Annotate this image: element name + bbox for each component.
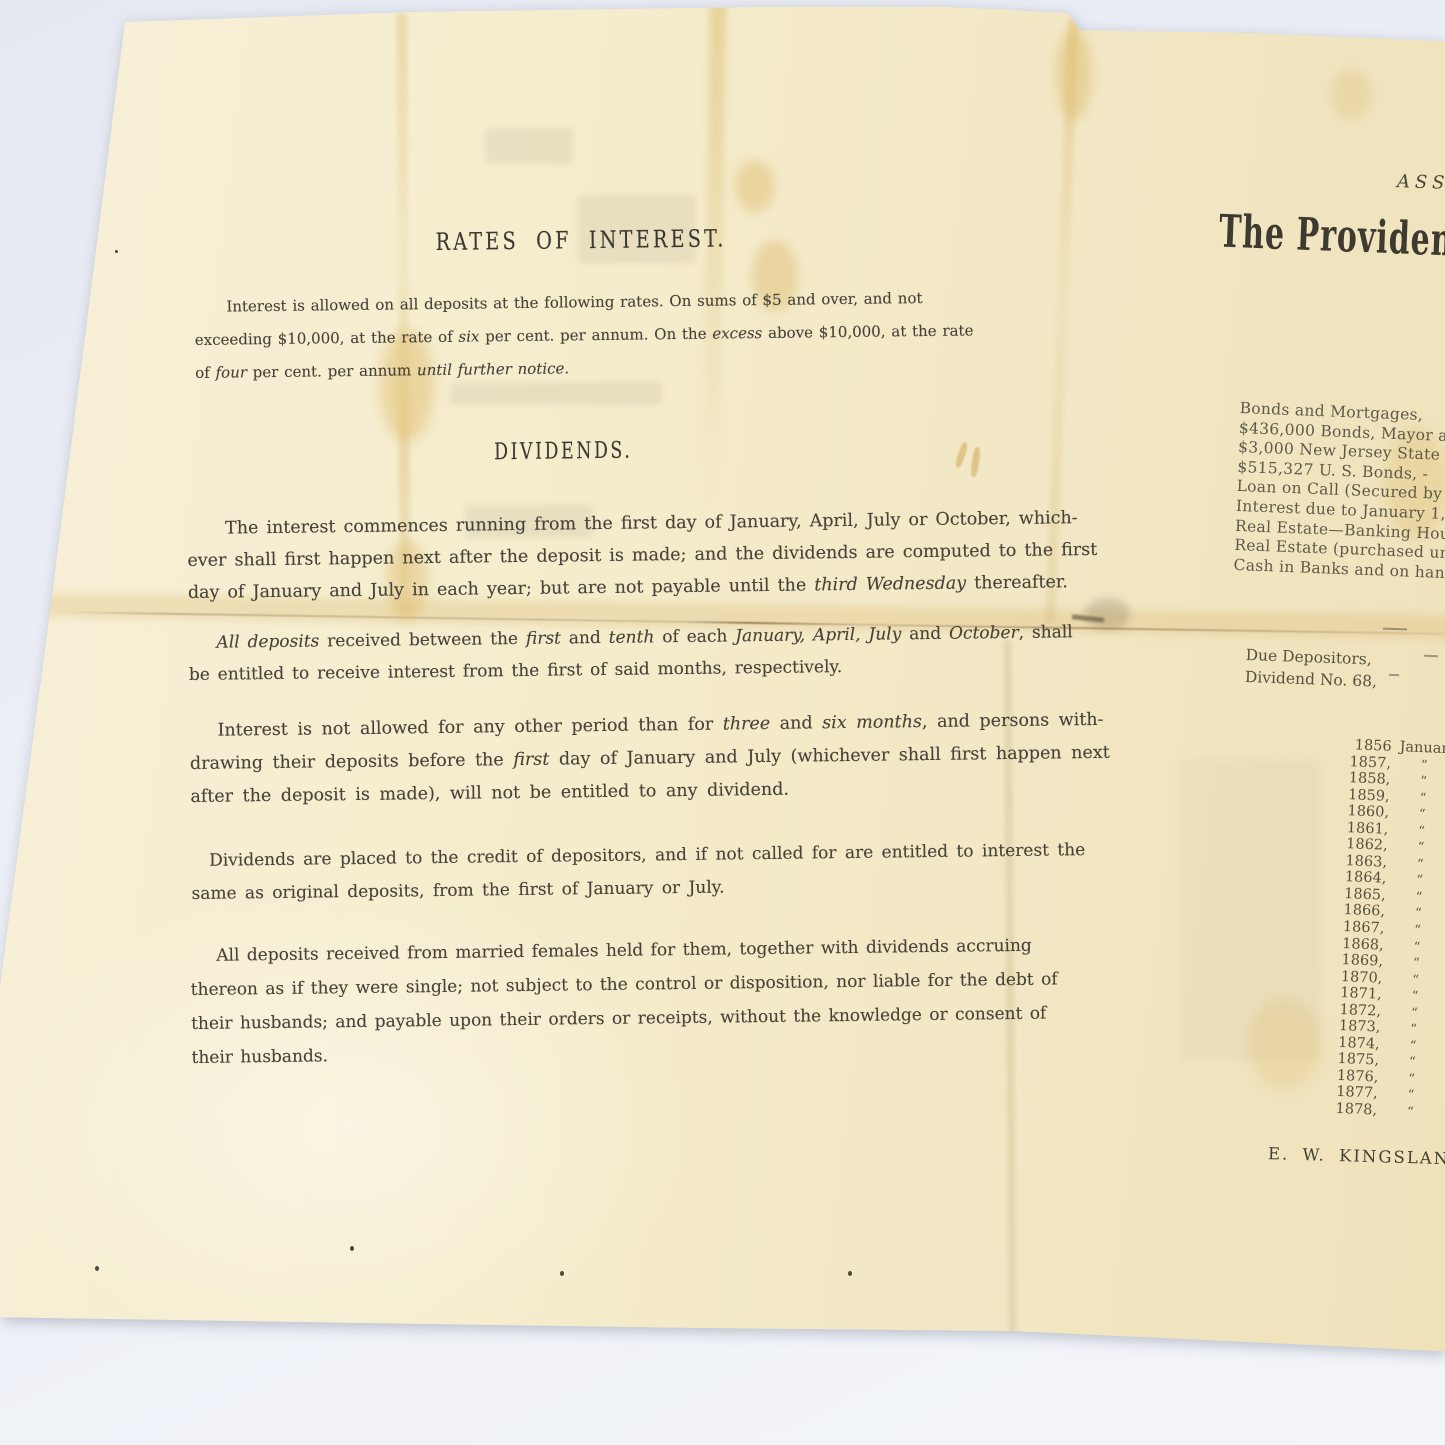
assets-list: Bonds and Mortgages,$436,000 Bonds, Mayo… xyxy=(1233,399,1445,585)
dividends-heading: DIVIDENDS. xyxy=(494,438,633,466)
ditto-mark: “ xyxy=(1414,923,1421,940)
ditto-mark: “ xyxy=(1417,840,1424,857)
year-label: 1862, xyxy=(1341,836,1388,854)
ditto-mark: “ xyxy=(1407,1105,1414,1122)
ditto-mark: “ xyxy=(1417,857,1424,874)
document-paper: RATES OF INTEREST. Interest is allowed o… xyxy=(0,0,1445,1445)
due-depositors-block: Due Depositors, Dividend No. 68, xyxy=(1244,645,1378,693)
ditto-mark: “ xyxy=(1409,1039,1416,1056)
dividends-paragraph-2: All deposits received between the first … xyxy=(188,616,1073,691)
year-label: 1867, xyxy=(1338,919,1385,937)
assets-heading-fragment: ASS xyxy=(1397,171,1445,194)
ditto-mark: “ xyxy=(1408,1072,1415,1089)
paper-shadow-wrap: RATES OF INTEREST. Interest is allowed o… xyxy=(0,0,1445,1445)
year-label: 1868, xyxy=(1337,935,1384,953)
ditto-mark: “ xyxy=(1412,973,1419,990)
ditto-mark: “ xyxy=(1410,1022,1417,1039)
dividends-paragraph-5: All deposits received from married femal… xyxy=(190,928,1059,1075)
ditto-mark: “ xyxy=(1419,791,1426,808)
dividend-number-line: Dividend No. 68, xyxy=(1244,666,1377,692)
year-label: 1857, xyxy=(1345,754,1392,772)
year-label: 1861, xyxy=(1342,820,1389,838)
ditto-mark: “ xyxy=(1411,1006,1418,1023)
dividend-years-list: 1856January,1857,“1858,“1859,“1860,“1861… xyxy=(1331,737,1445,1122)
year-label: 1878, xyxy=(1331,1101,1378,1119)
ditto-mark: “ xyxy=(1415,890,1422,907)
ditto-mark: “ xyxy=(1409,1055,1416,1072)
year-label: 1876, xyxy=(1332,1068,1379,1086)
dividends-paragraph-1: The interest commences running from the … xyxy=(187,502,1098,609)
month-label: January, xyxy=(1399,739,1445,758)
ditto-mark: “ xyxy=(1413,939,1420,956)
year-label: 1865, xyxy=(1339,886,1386,904)
year-label: 1871, xyxy=(1335,985,1382,1003)
year-label: 1875, xyxy=(1333,1051,1380,1069)
ditto-mark: “ xyxy=(1420,774,1427,791)
year-label: 1858, xyxy=(1344,770,1391,788)
ditto-mark: “ xyxy=(1418,824,1425,841)
year-label: 1860, xyxy=(1343,803,1390,821)
year-label: 1859, xyxy=(1343,787,1390,805)
ditto-mark: “ xyxy=(1413,956,1420,973)
year-label: 1877, xyxy=(1331,1084,1378,1102)
year-label: 1872, xyxy=(1335,1002,1382,1020)
ditto-mark: “ xyxy=(1416,873,1423,890)
year-label: 1864, xyxy=(1340,869,1387,887)
ditto-mark: “ xyxy=(1415,906,1422,923)
dividends-paragraph-3: Interest is not allowed for any other pe… xyxy=(189,704,1110,814)
year-label: 1866, xyxy=(1339,902,1386,920)
rates-of-interest-heading: RATES OF INTEREST. xyxy=(435,224,726,256)
year-label: 1856 xyxy=(1345,737,1392,755)
rates-paragraph: Interest is allowed on all deposits at t… xyxy=(194,281,974,390)
ditto-mark: “ xyxy=(1421,758,1428,775)
ditto-mark: “ xyxy=(1419,807,1426,824)
ditto-mark: “ xyxy=(1407,1088,1414,1105)
year-label: 1873, xyxy=(1334,1018,1381,1036)
year-label: 1870, xyxy=(1336,968,1383,986)
year-label: 1874, xyxy=(1333,1035,1380,1053)
year-label: 1869, xyxy=(1337,952,1384,970)
dividends-paragraph-4: Dividends are placed to the credit of de… xyxy=(191,834,1086,911)
ditto-mark: “ xyxy=(1411,989,1418,1006)
photo-stage: RATES OF INTEREST. Interest is allowed o… xyxy=(0,0,1445,1445)
year-label: 1863, xyxy=(1341,853,1388,871)
